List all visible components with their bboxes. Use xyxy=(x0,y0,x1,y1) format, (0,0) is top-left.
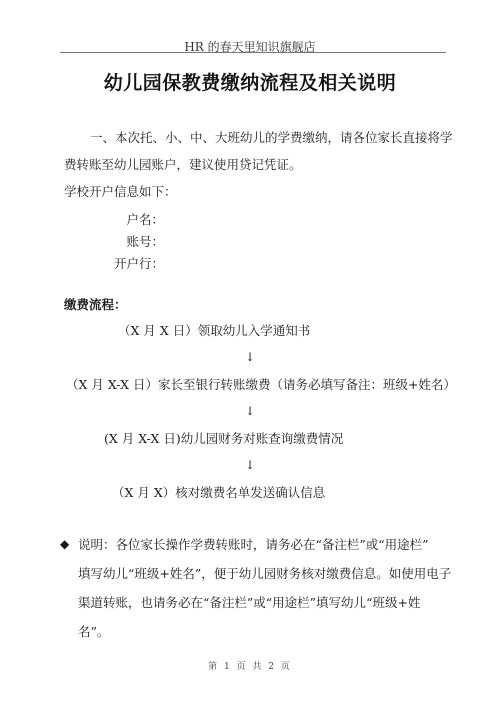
process-step-4: （X 月 X）核对缴费名单发送确认信息 xyxy=(112,485,325,501)
account-bank-label: 开户行： xyxy=(84,254,164,272)
intro-line-1: 一、本次托、小、中、大班幼儿的学费缴纳，请各位家长直接将学 xyxy=(90,130,453,146)
account-number-label: 账号： xyxy=(84,232,164,250)
note-block: ◆ 说明：各位家长操作学费转账时，请务必在“备注栏”或“用途栏” 填写幼儿“班级… xyxy=(62,530,462,646)
note-line-3: 渠道转账，也请务必在“备注栏”或“用途栏”填写幼儿“班级+姓 xyxy=(62,588,462,617)
arrow-down-icon: ↓ xyxy=(0,404,500,418)
note-line-1: 说明：各位家长操作学费转账时，请务必在“备注栏”或“用途栏” xyxy=(62,530,462,559)
account-heading: 学校开户信息如下： xyxy=(64,184,177,200)
header-rule xyxy=(60,52,446,53)
account-name-label: 户名： xyxy=(84,210,164,228)
intro-line-2: 费转账至幼儿园账户，建议使用贷记凭证。 xyxy=(64,157,302,173)
document-title: 幼儿园保教费缴纳流程及相关说明 xyxy=(0,68,500,95)
arrow-down-icon: ↓ xyxy=(0,350,500,364)
process-heading: 缴费流程： xyxy=(64,297,127,313)
process-step-3: (X 月 X-X 日)幼儿园财务对账查询缴费情况 xyxy=(104,431,343,447)
arrow-down-icon: ↓ xyxy=(0,458,500,472)
process-step-2: （X 月 X-X 日）家长至银行转账缴费（请务必填写备注：班级+姓名） xyxy=(66,377,456,393)
note-line-2: 填写幼儿“班级+姓名”，便于幼儿园财务核对缴费信息。如使用电子 xyxy=(62,559,462,588)
note-line-4: 名”。 xyxy=(62,617,462,646)
process-step-1: （X 月 X 日）领取幼儿入学通知书 xyxy=(118,323,310,339)
page-footer: 第 1 页 共 2 页 xyxy=(0,659,500,672)
diamond-bullet-icon: ◆ xyxy=(60,530,69,559)
